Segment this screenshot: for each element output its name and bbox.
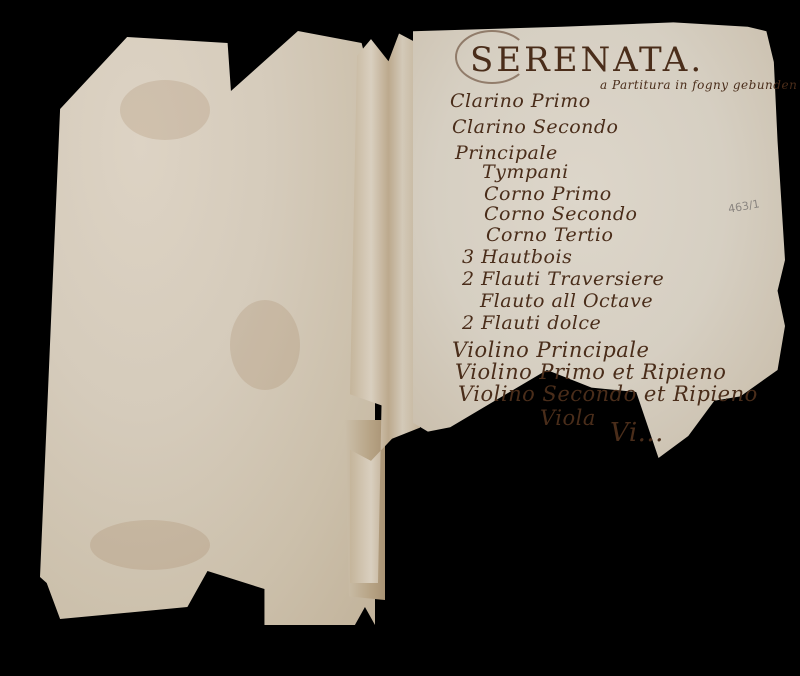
instrument-line: Clarino Secondo xyxy=(452,116,619,138)
instrument-line: Corno Secondo xyxy=(484,203,637,225)
manuscript-subtitle: a Partitura in fogny gebunden xyxy=(600,78,797,92)
instrument-line: Violino Secondo et Ripieno xyxy=(458,382,758,406)
instrument-line: Vi... xyxy=(610,418,664,448)
instrument-line: Flauto all Octave xyxy=(480,290,653,312)
stain xyxy=(120,80,210,140)
manuscript-title: SERENATA. xyxy=(470,40,704,80)
instrument-line: 3 Hautbois xyxy=(462,246,572,268)
instrument-line: Clarino Primo xyxy=(450,90,591,112)
instrument-line: Corno Tertio xyxy=(486,224,613,246)
stain xyxy=(90,520,210,570)
stain xyxy=(230,300,300,390)
instrument-line: Violino Primo et Ripieno xyxy=(455,360,726,384)
instrument-line: 2 Flauti Traversiere xyxy=(462,268,664,290)
instrument-line: 2 Flauti dolce xyxy=(462,312,601,334)
instrument-line: Corno Primo xyxy=(484,183,612,205)
instrument-line: Viola xyxy=(540,406,596,430)
instrument-line: Tympani xyxy=(482,161,569,183)
instrument-line: Violino Principale xyxy=(452,338,649,362)
spine-fold xyxy=(350,28,420,583)
photo-background: SERENATA. a Partitura in fogny gebunden … xyxy=(0,0,800,676)
